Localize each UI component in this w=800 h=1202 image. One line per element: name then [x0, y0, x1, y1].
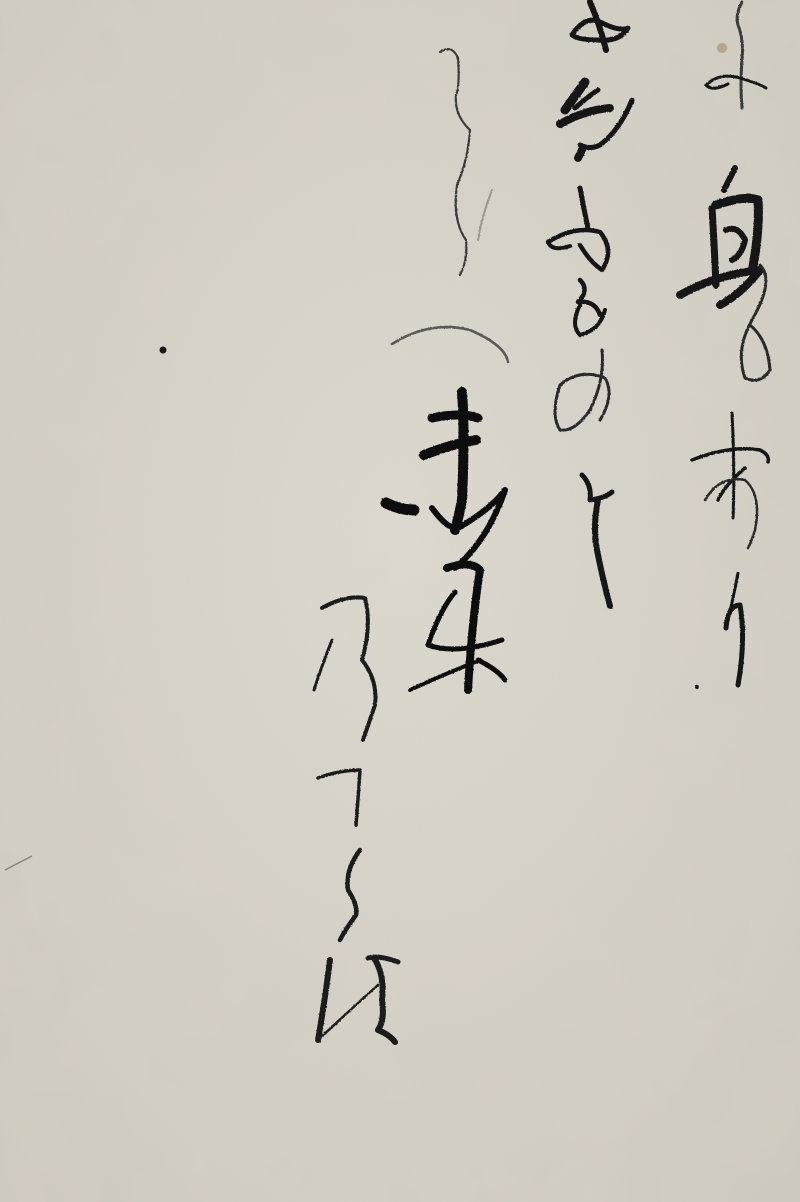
calligraphy-photo: Photograph of a fragment of Japanese kan…	[0, 0, 800, 1202]
paper-background	[0, 0, 800, 1202]
